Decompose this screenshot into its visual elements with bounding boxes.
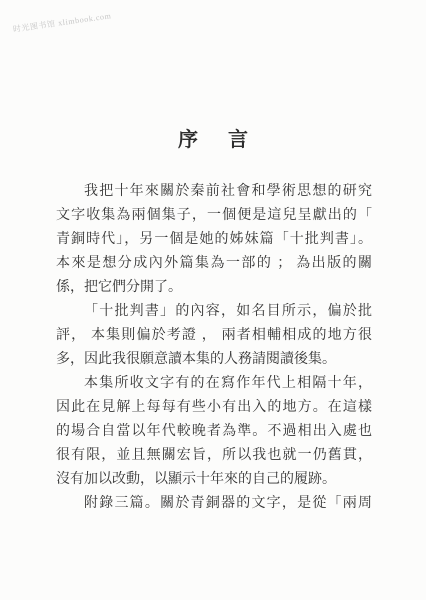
text-line: 因此在見解上每每有些小有出入的地方。在這樣 (56, 396, 372, 420)
page-title-char-right: 言 (228, 123, 248, 152)
text-line: 文字收集為兩個集子，一個便是這兒呈獻出的「 (56, 204, 372, 228)
text-line: 青銅時代」，另一個是她的姊妹篇「十批判書」。 (56, 228, 372, 252)
page-title: 序 言 (0, 123, 426, 152)
text-line: 「十批判書」的內容，如名目所示，偏於批 (56, 300, 372, 324)
text-line: 係，把它們分開了。 (56, 276, 372, 300)
watermark: 时光图书馆 xlimbook.com (12, 10, 112, 35)
text-line: 本來是想分成內外篇集為一部的 ； 為出版的關 (56, 252, 372, 276)
text-line: 的場合自當以年代較晚者為準。不過相出入處也 (56, 420, 372, 444)
text-line: 附錄三篇。關於青銅器的文字，是從「兩周 (56, 492, 372, 516)
text-line: 沒有加以改動，以顯示十年來的自己的履跡。 (56, 468, 372, 492)
text-line: 本集所收文字有的在寫作年代上相隔十年， (56, 372, 372, 396)
text-line: 我把十年來關於秦前社會和學術思想的研究 (56, 180, 372, 204)
text-line: 多，因此我很願意讀本集的人務請閱讀後集。 (56, 348, 372, 372)
text-line: 評， 本集則偏於考證 ， 兩者相輔相成的地方很 (56, 324, 372, 348)
preface-body: 我把十年來關於秦前社會和學術思想的研究 文字收集為兩個集子，一個便是這兒呈獻出的… (56, 180, 372, 516)
text-line: 很有限，並且無關宏旨，所以我也就一仍舊貫， (56, 444, 372, 468)
page-title-char-left: 序 (178, 123, 198, 152)
scanned-page: 时光图书馆 xlimbook.com 序 言 我把十年來關於秦前社會和學術思想的… (0, 0, 426, 600)
